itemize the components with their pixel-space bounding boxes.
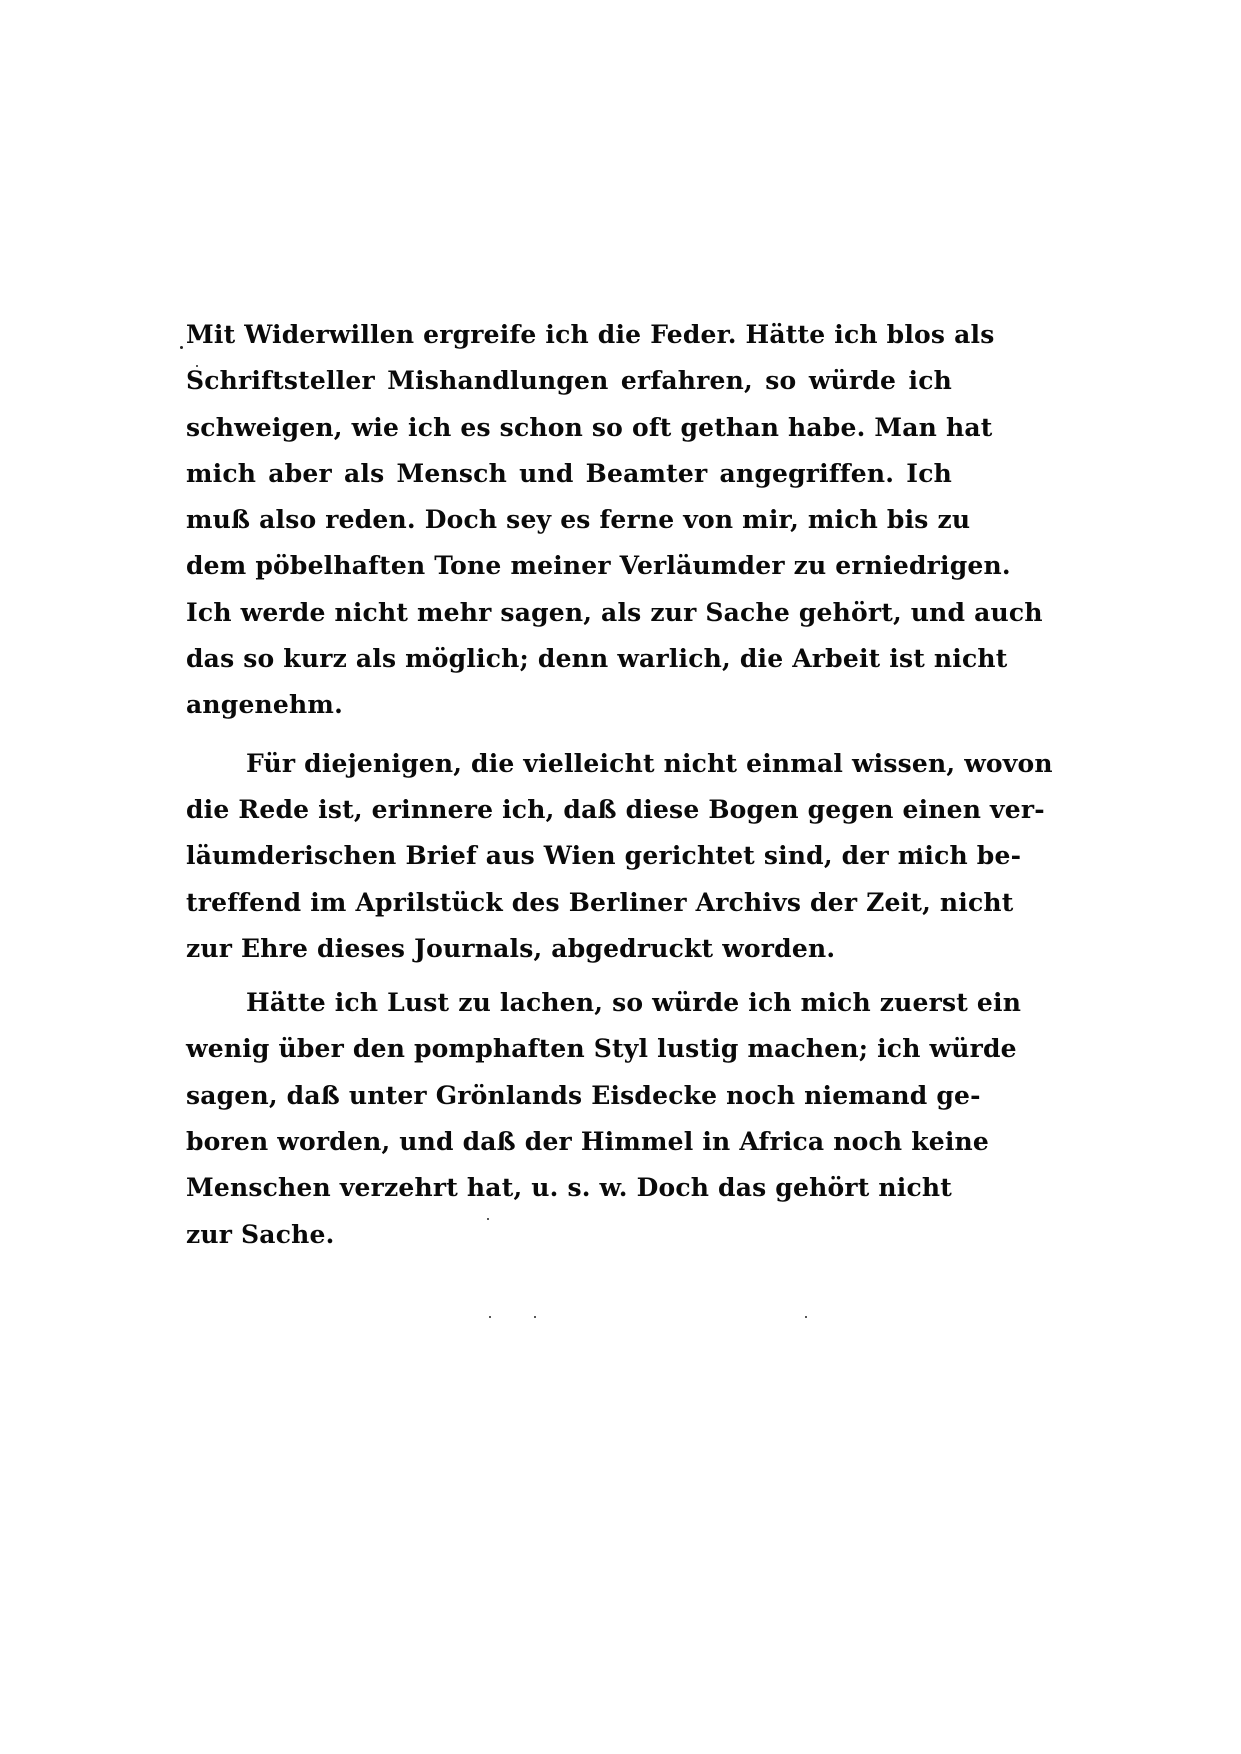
scan-speck (487, 1218, 489, 1220)
body-text: Mit Widerwillen ergreife ich die Feder. … (186, 312, 952, 1258)
scan-speck (918, 848, 921, 851)
text-line: sagen, daß unter Grönlands Eisdecke noch… (186, 1073, 952, 1119)
text-line: zur Sache. (186, 1212, 952, 1258)
text-line: muß also reden. Doch sey es ferne von mi… (186, 497, 952, 543)
text-line: Ich werde nicht mehr sagen, als zur Sach… (186, 590, 952, 636)
text-line: Hätte ich Lust zu lachen, so würde ich m… (186, 980, 952, 1026)
text-line: angenehm. (186, 682, 952, 728)
scan-speck (534, 1316, 536, 1318)
text-line: boren worden, und daß der Himmel in Afri… (186, 1119, 952, 1165)
text-line: zur Ehre dieses Journals, abgedruckt wor… (186, 926, 952, 972)
text-line: dem pöbelhaften Tone meiner Verläumder z… (186, 543, 952, 589)
text-line: Menschen verzehrt hat, u. s. w. Doch das… (186, 1165, 952, 1211)
text-line: Mit Widerwillen ergreife ich die Feder. … (186, 312, 952, 358)
text-line: treffend im Aprilstück des Berliner Arch… (186, 880, 952, 926)
text-line: mich aber als Mensch und Beamter angegri… (186, 451, 952, 497)
paragraph-2: Für diejenigen, die vielleicht nicht ein… (186, 741, 952, 972)
scan-speck (180, 346, 183, 349)
scan-speck (489, 1316, 491, 1318)
paragraph-3: Hätte ich Lust zu lachen, so würde ich m… (186, 980, 952, 1258)
paragraph-spacer (186, 729, 952, 741)
text-line: wenig über den pomphaften Styl lustig ma… (186, 1026, 952, 1072)
text-line: das so kurz als möglich; denn warlich, d… (186, 636, 952, 682)
paragraph-spacer (186, 972, 952, 980)
scan-speck (196, 365, 198, 367)
document-page: Mit Widerwillen ergreife ich die Feder. … (0, 0, 1241, 1754)
scan-speck (805, 1316, 807, 1318)
text-line: die Rede ist, erinnere ich, daß diese Bo… (186, 787, 952, 833)
text-line: Schriftsteller Mishandlungen erfahren, s… (186, 358, 952, 404)
paragraph-1: Mit Widerwillen ergreife ich die Feder. … (186, 312, 952, 729)
text-line: Für diejenigen, die vielleicht nicht ein… (186, 741, 952, 787)
text-line: läumderischen Brief aus Wien gerichtet s… (186, 833, 952, 879)
text-line: schweigen, wie ich es schon so oft getha… (186, 405, 952, 451)
